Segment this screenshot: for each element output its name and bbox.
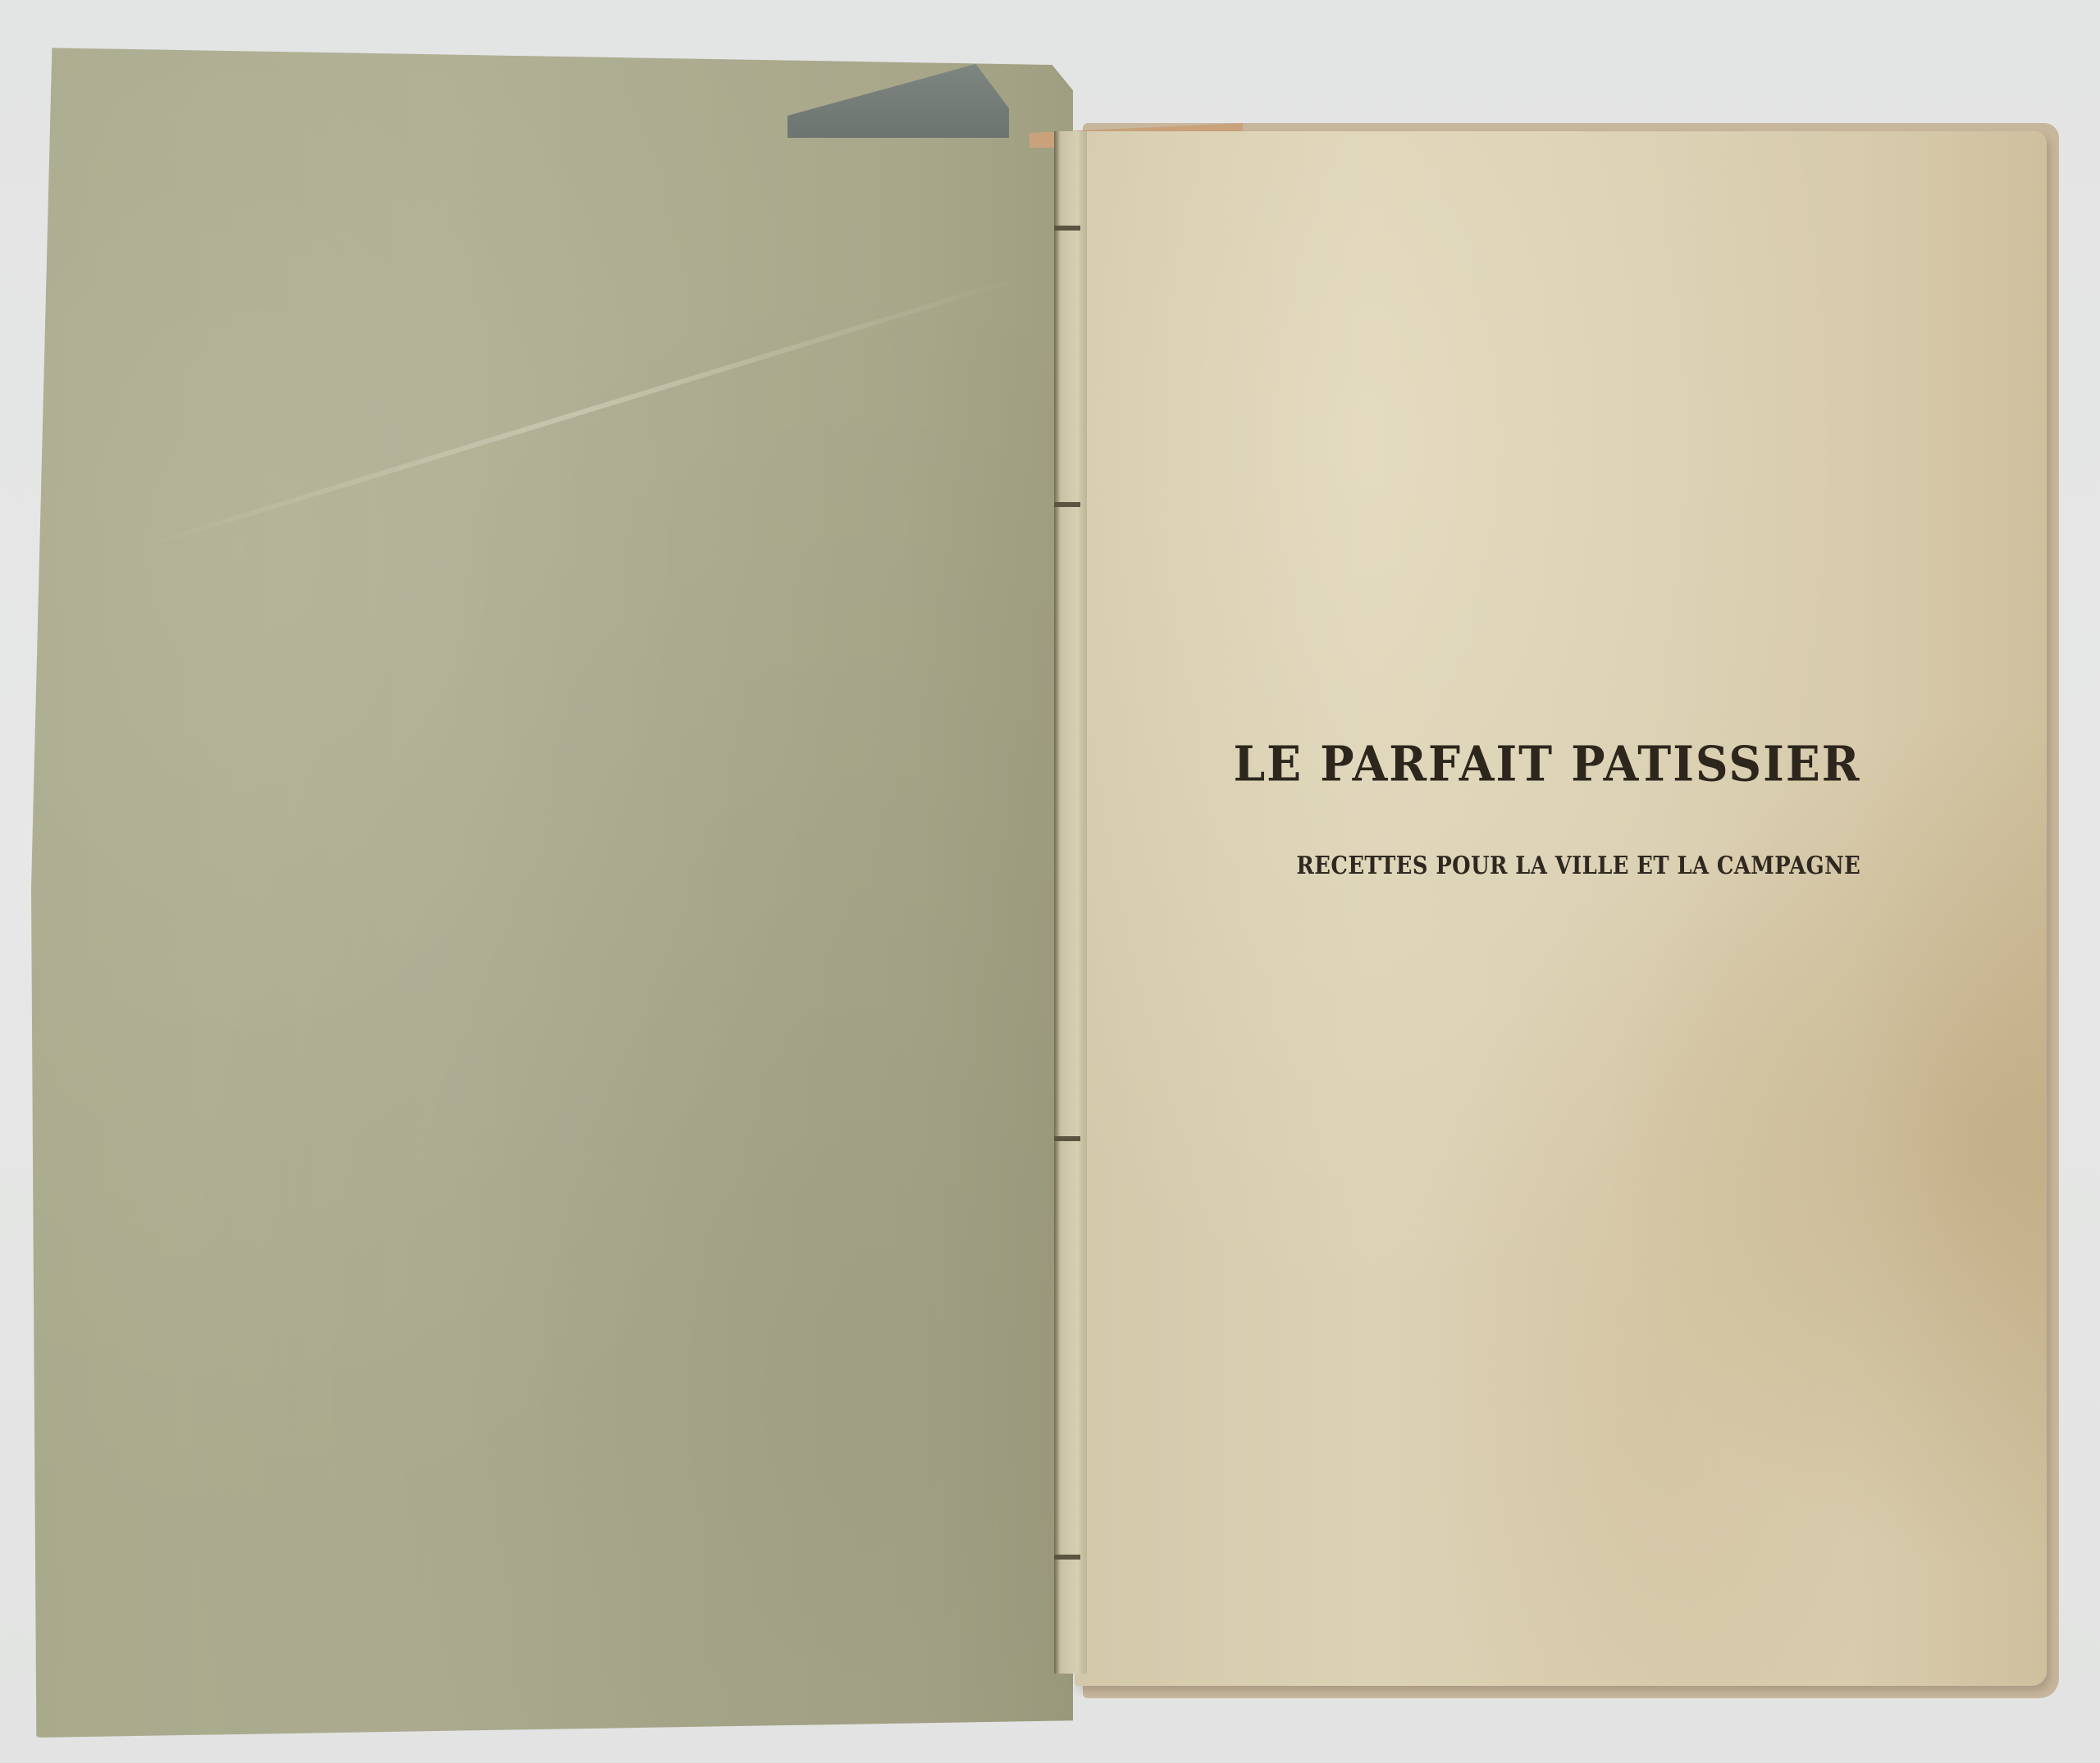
book-subtitle: RECETTES POUR LA VILLE ET LA CAMPAGNE [1296,852,1804,880]
book-photo: LE PARFAIT PATISSIER RECETTES POUR LA VI… [0,0,2100,1763]
book-title: LE PARFAIT PATISSIER [1219,734,1875,792]
title-page [1075,131,2047,1686]
binding-stitch [1054,226,1080,231]
binding-stitch [1054,1555,1080,1560]
stitched-gutter [1054,131,1087,1674]
left-endpaper [31,39,1073,1738]
binding-stitch [1054,1136,1080,1141]
paper-crease [129,272,1033,553]
binding-stitch [1054,502,1080,507]
